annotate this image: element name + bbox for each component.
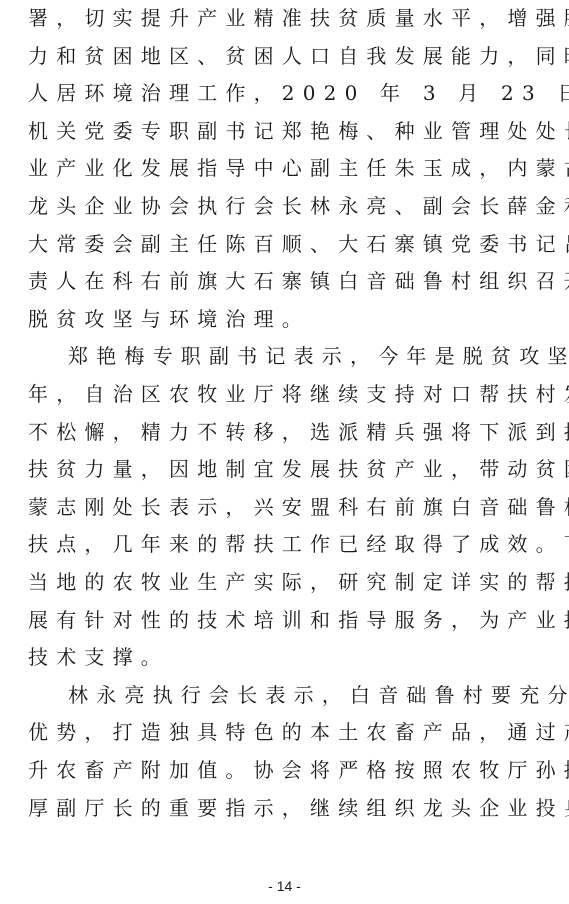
- text-line: 厚副厅长的重要指示，继续组织龙头企业投身支持精准扶: [28, 793, 548, 823]
- text-line: 扶点，几年来的帮扶工作已经取得了成效。下一步，要结合: [28, 529, 548, 559]
- text-line: 机关党委专职副书记郑艳梅、种业管理处处长蒙志刚、农牧: [28, 116, 548, 146]
- text-line: 大常委会副主任陈百顺、大石寨镇党委书记吕双勇等多方负: [28, 229, 548, 259]
- text-line: 人居环境治理工作，2020 年 3 月 23 日下午，内蒙古农牧厅: [28, 78, 548, 108]
- text-line: 当地的农牧业生产实际，研究制定详实的帮扶计划方案，开: [28, 567, 548, 597]
- text-line: 优势，打造独具特色的本土农畜产品，通过产品深加工，提: [28, 717, 548, 747]
- text-line: 技术支撑。: [28, 642, 548, 672]
- text-line: 脱贫攻坚与环境治理。: [28, 304, 548, 334]
- document-page: 署，切实提升产业精准扶贫质量水平，增强脱贫攻坚内生动力和贫困地区、贫困人口自我发…: [0, 0, 569, 904]
- page-number: - 14 -: [0, 876, 569, 896]
- text-line: 扶贫力量，因地制宜发展扶贫产业，带动贫困户脱贫致富。: [28, 454, 548, 484]
- text-line: 龙头企业协会执行会长林永亮、副会长薛金利，科右前旗人: [28, 191, 548, 221]
- text-line: 郑艳梅专职副书记表示，今年是脱贫攻坚决战决胜之: [68, 341, 569, 371]
- text-line: 年，自治区农牧业厅将继续支持对口帮扶村发展，坚持干劲: [28, 379, 548, 409]
- text-line: 不松懈，精力不转移，选派精兵强将下派到扶贫一线，充实: [28, 417, 548, 447]
- text-line: 业产业化发展指导中心副主任朱玉成，内蒙古农牧业产业化: [28, 153, 548, 183]
- text-line: 展有针对性的技术培训和指导服务，为产业扶贫提供有力的: [28, 605, 548, 635]
- text-line: 署，切实提升产业精准扶贫质量水平，增强脱贫攻坚内生动: [28, 3, 548, 33]
- text-line: 蒙志刚处长表示，兴安盟科右前旗白音础鲁村是农牧厅的帮: [28, 492, 548, 522]
- text-line: 力和贫困地区、贫困人口自我发展能力，同时强化农村牧区: [28, 41, 548, 71]
- text-line: 升农畜产附加值。协会将严格按照农牧厅孙振云厅长和云挨: [28, 755, 548, 785]
- text-line: 林永亮执行会长表示，白音础鲁村要充分利用自然环境: [68, 680, 569, 710]
- text-line: 责人在科右前旗大石寨镇白音础鲁村组织召开座谈会，献策: [28, 266, 548, 296]
